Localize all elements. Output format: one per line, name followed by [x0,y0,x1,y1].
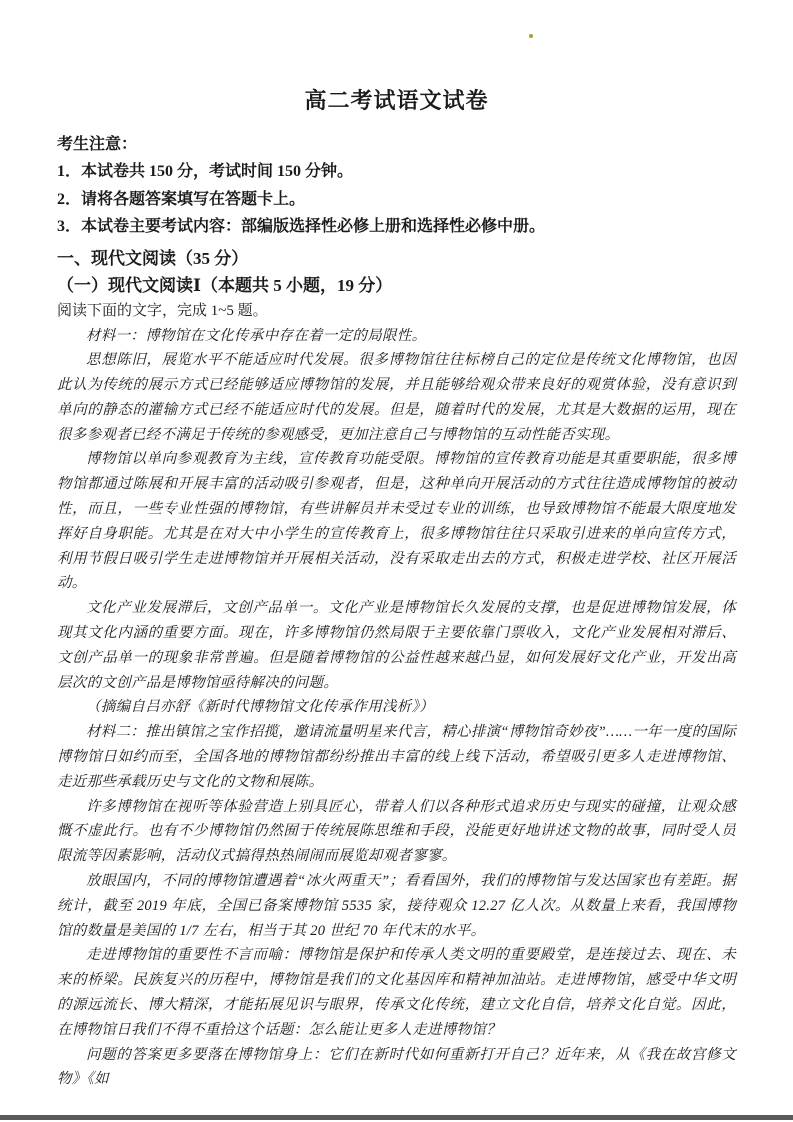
page-break-bar [0,1115,793,1120]
material-two-section: 材料二：推出镇馆之宝作招揽，邀请流量明星来代言，精心排演“博物馆奇妙夜”……一年… [57,720,736,1092]
section-heading-modern-reading: 一、现代文阅读（35 分） [57,245,736,272]
material-paragraph: 许多博物馆在视听等体验营造上别具匠心，带着人们以各种形式追求历史与现实的碰撞，让… [57,795,736,869]
material-paragraph: 思想陈旧，展览水平不能适应时代发展。很多博物馆往往标榜自己的定位是传统文化博物馆… [57,348,736,447]
page-title: 高二考试语文试卷 [57,86,736,116]
notice-item: 2．请将各题答案填写在答题卡上。 [57,186,736,214]
reading-instruction: 阅读下面的文字，完成 1~5 题。 [57,299,736,324]
material-paragraph: 放眼国内，不同的博物馆遭遇着“冰火两重天”；看看国外，我们的博物馆与发达国家也有… [57,869,736,943]
material-paragraph: 走进博物馆的重要性不言而喻：博物馆是保护和传承人类文明的重要殿堂，是连接过去、现… [57,943,736,1042]
candidate-notice: 考生注意： 1．本试卷共 150 分，考试时间 150 分钟。 2．请将各题答案… [57,131,736,241]
page-content: 高二考试语文试卷 考生注意： 1．本试卷共 150 分，考试时间 150 分钟。… [0,0,793,1092]
speck-artifact [529,34,533,38]
exam-paper-page: 高二考试语文试卷 考生注意： 1．本试卷共 150 分，考试时间 150 分钟。… [0,0,793,1122]
material-paragraph: 材料二：推出镇馆之宝作招揽，邀请流量明星来代言，精心排演“博物馆奇妙夜”……一年… [57,720,736,794]
attribution-line: （摘编自吕亦舒《新时代博物馆文化传承作用浅析》） [57,695,736,720]
notice-heading: 考生注意： [57,131,736,158]
notice-item: 1．本试卷共 150 分，考试时间 150 分钟。 [57,158,736,186]
material-paragraph: 文化产业发展滞后，文创产品单一。文化产业是博物馆长久发展的支撑，也是促进博物馆发… [57,596,736,695]
material-one-section: 材料一：博物馆在文化传承中存在着一定的局限性。 思想陈旧，展览水平不能适应时代发… [57,324,736,721]
notice-item: 3．本试卷主要考试内容：部编版选择性必修上册和选择性必修中册。 [57,213,736,241]
subsection-heading-reading-1: （一）现代文阅读Ⅰ（本题共 5 小题，19 分） [57,272,736,299]
material-paragraph: 问题的答案更多要落在博物馆身上：它们在新时代如何重新打开自己？近年来，从《我在故… [57,1043,736,1093]
material-paragraph: 材料一：博物馆在文化传承中存在着一定的局限性。 [57,324,736,349]
material-paragraph: 博物馆以单向参观教育为主线，宣传教育功能受限。博物馆的宣传教育功能是其重要职能，… [57,447,736,596]
